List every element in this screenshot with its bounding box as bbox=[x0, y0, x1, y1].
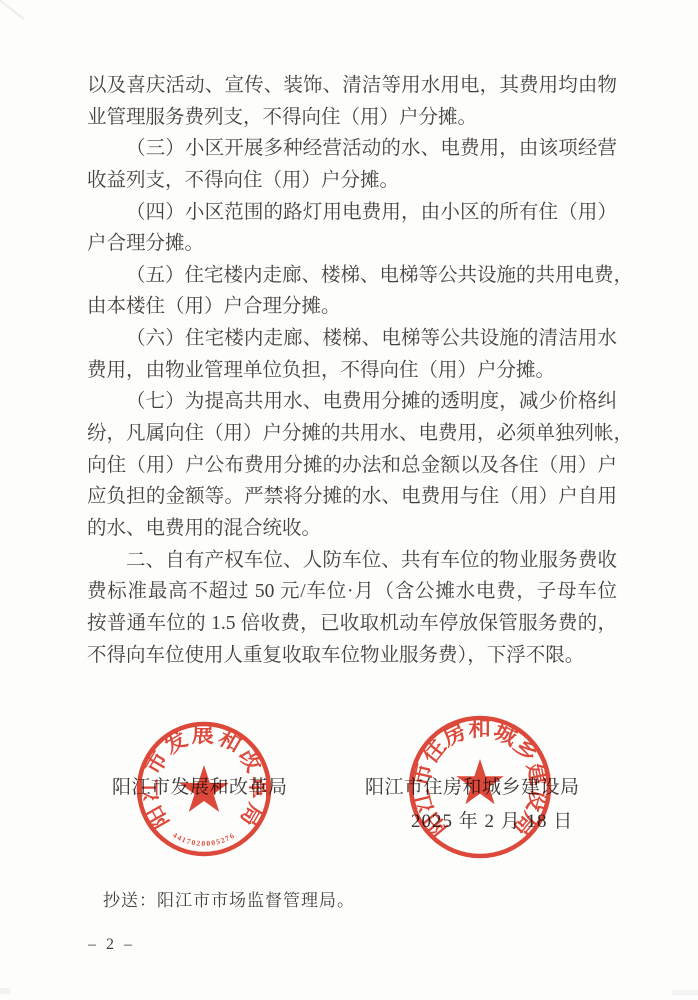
body-line: 收益列支，不得向住（用）户分摊。 bbox=[87, 165, 617, 197]
body-line: （六）住宅楼内走廊、楼梯、电梯等公共设施的清洁用水 bbox=[87, 323, 617, 355]
body-line: 业管理服务费列支，不得向住（用）户分摊。 bbox=[87, 102, 617, 134]
body-line: （七）为提高共用水、电费用分摊的透明度，减少价格纠 bbox=[87, 386, 617, 418]
document-page: 以及喜庆活动、宣传、装饰、清洁等用水用电，其费用均由物业管理服务费列支，不得向住… bbox=[0, 0, 698, 1000]
scan-artifact bbox=[0, 988, 10, 994]
scan-artifact bbox=[0, 0, 25, 20]
star-icon bbox=[456, 759, 503, 804]
page-number: – 2 – bbox=[88, 936, 135, 954]
seal-serial-number: 4417020005276 bbox=[171, 830, 237, 848]
body-line: 二、自有产权车位、人防车位、共有车位的物业服务费收 bbox=[87, 545, 617, 577]
body-line: 户合理分摊。 bbox=[87, 228, 617, 260]
official-seal-left: 阳江市发展和改革局 4417020005276 bbox=[124, 709, 284, 869]
body-line: 的水、电费用的混合统收。 bbox=[87, 513, 617, 545]
official-seal-right: 阳江市住房和城乡建设局 bbox=[395, 702, 565, 872]
body-line: 由本楼住（用）户合理分摊。 bbox=[87, 291, 617, 323]
body-line: 不得向车位使用人重复收取车位物业服务费），下浮不限。 bbox=[87, 640, 617, 672]
body-line: 向住（用）户公布费用分摊的办法和总金额以及各住（用）户 bbox=[87, 450, 617, 482]
cc-note: 抄送：阳江市市场监督管理局。 bbox=[103, 886, 355, 911]
body-line: 费标准最高不超过 50 元/车位·月（含公摊水电费，子母车位 bbox=[87, 576, 617, 608]
scan-artifact bbox=[672, 990, 698, 995]
body-line: 应负担的金额等。严禁将分摊的水、电费用与住（用）户自用 bbox=[87, 481, 617, 513]
body-line: 按普通车位的 1.5 倍收费，已收取机动车停放保管服务费的， bbox=[87, 608, 617, 640]
body-line: 费用，由物业管理单位负担，不得向住（用）户分摊。 bbox=[87, 355, 617, 387]
document-body: 以及喜庆活动、宣传、装饰、清洁等用水用电，其费用均由物业管理服务费列支，不得向住… bbox=[87, 70, 617, 671]
star-icon bbox=[179, 765, 228, 812]
body-line: 纷，凡属向住（用）户分摊的共用水、电费用，必须单独列帐， bbox=[87, 418, 617, 450]
body-line: （三）小区开展多种经营活动的水、电费用，由该项经营 bbox=[87, 133, 617, 165]
body-line: 以及喜庆活动、宣传、装饰、清洁等用水用电，其费用均由物 bbox=[87, 70, 617, 102]
body-line: （四）小区范围的路灯用电费用，由小区的所有住（用） bbox=[87, 197, 617, 229]
body-line: （五）住宅楼内走廊、楼梯、电梯等公共设施的共用电费， bbox=[87, 260, 617, 292]
